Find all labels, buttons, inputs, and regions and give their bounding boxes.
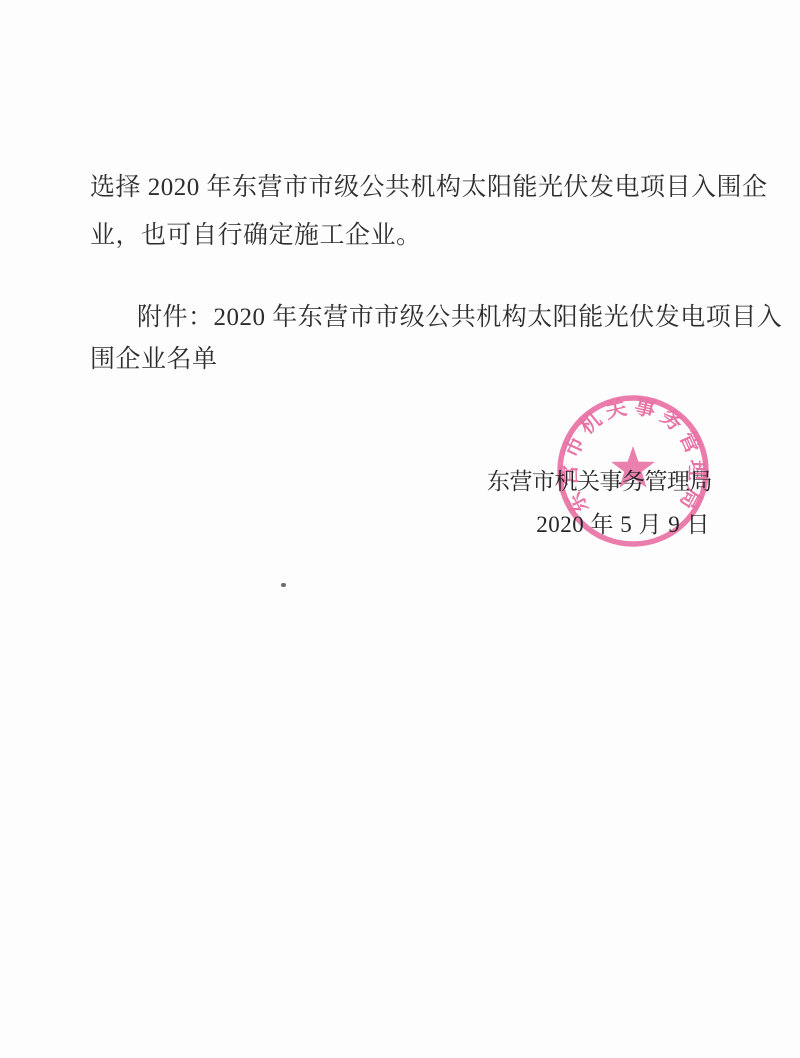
scan-artifact-speck [281,583,286,587]
attachment-reference-line-1: 附件：2020 年东营市市级公共机构太阳能光伏发电项目入 [137,304,782,332]
signature-date: 2020 年 5 月 9 日 [536,512,710,538]
signature-organization: 东营市机关事务管理局 [487,469,712,495]
body-paragraph-line-1: 选择 2020 年东营市市级公共机构太阳能光伏发电项目入围企 [90,174,768,202]
body-paragraph-line-2: 业，也可自行确定施工企业。 [90,222,422,250]
seal-arc-textpath: 东营市机关事务管理局 [557,394,710,518]
attachment-reference-line-2: 围企业名单 [90,346,218,374]
seal-arc-text: 东营市机关事务管理局 [557,394,710,518]
scanned-document-page: 选择 2020 年东营市市级公共机构太阳能光伏发电项目入围企 业，也可自行确定施… [0,0,800,1058]
